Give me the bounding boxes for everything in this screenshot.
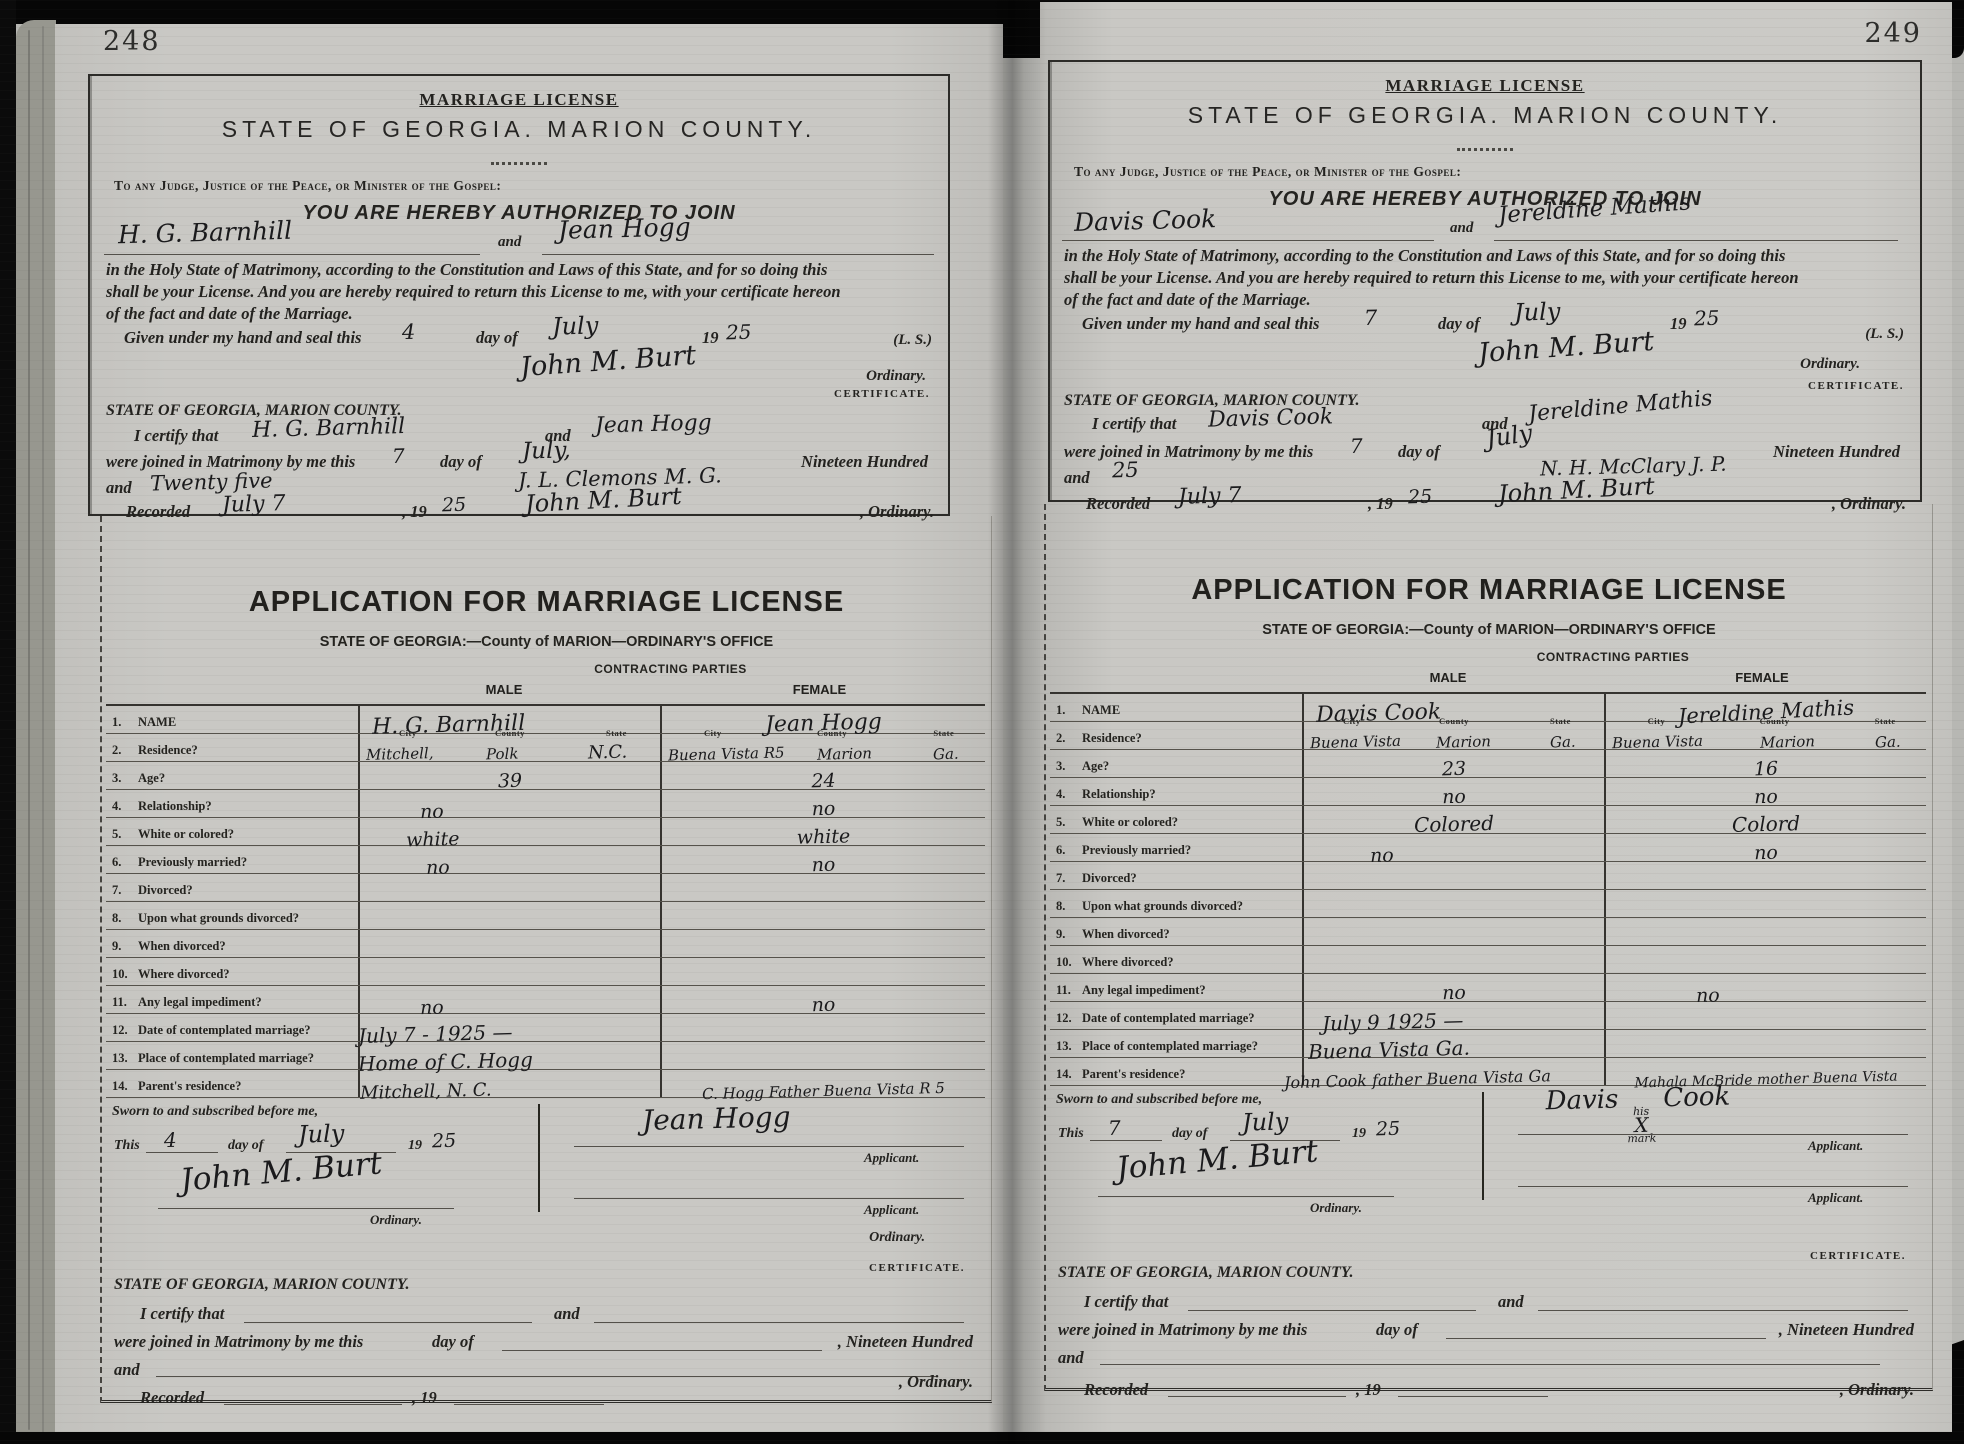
county-sublabel: County [1760,716,1790,726]
row-label-text: Age? [138,771,165,785]
certificate-state-line: STATE OF GEORGIA, MARION COUNTY. [114,1276,409,1294]
row-number: 6. [106,855,138,870]
row-label: 6.Previously married? [1050,834,1302,861]
table-row: 10.Where divorced? [106,958,985,986]
row-label-text: White or colored? [1082,815,1178,829]
male-cell: Home of C. Hogg [358,1042,660,1069]
and-label: and [1450,220,1473,237]
left-application-form: APPLICATION FOR MARRIAGE LICENSE STATE O… [100,516,992,1403]
given-month-handwriting: July [552,311,599,340]
and-word: and [1058,1348,1084,1368]
blank-line [1538,1310,1908,1311]
male-cell [1302,946,1604,973]
license-body-line: shall be your License. And you are hereb… [1064,268,1799,288]
city-sublabel: City [399,728,417,738]
table-row: 3.Age? 23 16 [1050,750,1926,778]
male-cell: July 9 1925 — [1302,1002,1604,1029]
male-parent-residence-handwriting: Mitchell, N. C. [360,1075,660,1104]
row-label: 14.Parent's residence? [1050,1058,1302,1085]
recorded-label: Recorded [1084,1380,1148,1400]
row-number: 11. [106,995,138,1010]
license-title: MARRIAGE LICENSE [1050,76,1920,96]
application-table: 1.NAME H. G. Barnhill Jean Hogg 2.Reside… [106,704,985,1098]
day-of-label: day of [432,1332,474,1352]
given-day-handwriting: 4 [402,320,416,344]
row-label-text: NAME [1082,703,1120,717]
row-label: 14.Parent's residence? [106,1070,358,1097]
female-cell [660,930,985,957]
blank-line [1446,1338,1766,1339]
certificate-caption: CERTIFICATE. [834,388,930,400]
table-row: 1.NAME Davis Cook Jereldine Mathis [1050,694,1926,722]
row-number: 3. [106,771,138,786]
ls-seal-label: (L. S.) [1865,326,1904,343]
scanned-book-spread: 248 MARRIAGE LICENSE STATE OF GEORGIA. M… [0,0,1964,1444]
table-row: 14.Parent's residence? John Cook father … [1050,1058,1926,1086]
rule-line [1098,1196,1394,1197]
female-cell: Colord [1604,806,1926,833]
ordinary-label: , Ordinary. [899,1372,973,1392]
row-label-text: Residence? [138,743,198,757]
table-row: 5.White or colored? Colored Colord [1050,806,1926,834]
male-cell [358,930,660,957]
city-sublabel: City [1343,716,1361,726]
groom-name-handwriting: H. G. Barnhill [118,216,293,250]
row-label-text: Age? [1082,759,1109,773]
row-label: 11.Any legal impediment? [1050,974,1302,1001]
given-line: Given under my hand and seal this [1082,314,1319,334]
row-number: 7. [1050,871,1082,886]
male-cell: no [1302,834,1604,861]
female-cell: white [660,818,985,845]
male-column-header: MALE [1298,670,1598,685]
female-cell: no [660,846,985,873]
given-line: Given under my hand and seal this [124,328,361,348]
row-label-text: Any legal impediment? [138,995,262,1009]
row-label: 12.Date of contemplated marriage? [1050,1002,1302,1029]
year-prefix: 19 [702,328,719,348]
license-body-line: shall be your License. And you are hereb… [106,282,841,302]
female-county-handwriting: Marion [817,744,872,763]
row-number: 1. [1050,703,1082,718]
year-prefix: 19 [1670,314,1687,334]
table-row: 5.White or colored? white white [106,818,985,846]
nineteen-hundred-label: , Nineteen Hundred [1779,1320,1914,1340]
county-sublabel: County [1439,716,1469,726]
day-of-label: day of [1172,1126,1207,1142]
male-cell: City County State Mitchell, Polk N.C. [358,734,660,761]
female-cell: City County State Buena Vista Marion Ga. [1604,722,1926,749]
rule-line [158,1208,454,1209]
row-number: 10. [106,967,138,982]
table-row: 11.Any legal impediment? no no [1050,974,1926,1002]
application-table: 1.NAME Davis Cook Jereldine Mathis 2.Res… [1050,692,1926,1086]
row-number: 6. [1050,843,1082,858]
right-license-form: MARRIAGE LICENSE STATE OF GEORGIA. MARIO… [1048,60,1922,502]
scan-black-bottom-band [0,1432,1964,1444]
cert-year-handwriting: 25 [1112,458,1139,483]
table-row: 14.Parent's residence? Mitchell, N. C. C… [106,1070,985,1098]
row-label: 1.NAME [1050,694,1302,721]
blank-line [224,1404,402,1405]
male-cell [358,902,660,929]
ordinary-label: Ordinary. [869,1230,925,1246]
left-license-form: MARRIAGE LICENSE STATE OF GEORGIA. MARIO… [88,74,950,516]
row-label-text: NAME [138,715,176,729]
state-sublabel: State [1550,716,1571,726]
book-spine-shadow [988,0,1046,1444]
book-edge-gray-strip [16,20,56,1444]
joined-line: were joined in Matrimony by me this [1064,442,1313,462]
contracting-parties-label: CONTRACTING PARTIES [1298,650,1928,664]
table-row: 10.Where divorced? [1050,946,1926,974]
female-cell [660,1042,985,1069]
male-cell: 23 [1302,750,1604,777]
row-number: 2. [106,743,138,758]
female-cell: City County State Buena Vista R5 Marion … [660,734,985,761]
male-cell [358,958,660,985]
and-word: and [114,1360,140,1380]
female-county-handwriting: Marion [1759,732,1814,751]
and-label: and [1498,1292,1524,1312]
male-cell: Buena Vista Ga. [1302,1030,1604,1057]
row-label: 13.Place of contemplated marriage? [106,1042,358,1069]
table-row: 8.Upon what grounds divorced? [1050,890,1926,918]
certificate-state-line: STATE OF GEORGIA, MARION COUNTY. [1058,1264,1353,1282]
cert-bride-handwriting: Jereldine Mathis [1527,386,1713,427]
day-of-label: day of [1398,442,1440,462]
row-label: 5.White or colored? [106,818,358,845]
male-state-handwriting: N.C. [588,741,628,763]
row-label-text: Relationship? [138,799,212,813]
row-number: 12. [106,1023,138,1038]
row-number: 13. [1050,1039,1082,1054]
section-divider [538,1104,540,1212]
and-word: and [106,478,132,498]
sworn-year-handwriting: 25 [1376,1118,1401,1141]
i-certify-label: I certify that [140,1304,224,1324]
row-number: 12. [1050,1011,1082,1026]
row-label-text: Parent's residence? [138,1079,241,1093]
rule-line [1090,1140,1162,1141]
applicant-label: Applicant. [864,1150,919,1166]
row-label-text: Date of contemplated marriage? [138,1023,311,1037]
blank-line [1398,1396,1548,1397]
license-body-line: in the Holy State of Matrimony, accordin… [1064,246,1785,266]
table-row: 6.Previously married? no no [106,846,985,874]
row-number: 14. [1050,1067,1082,1082]
i-certify-label: I certify that [1092,414,1176,434]
sworn-month-handwriting: July [298,1119,345,1148]
row-number: 4. [106,799,138,814]
row-label-text: Any legal impediment? [1082,983,1206,997]
female-cell [660,958,985,985]
state-sublabel: State [933,728,954,738]
applicant-signature-handwriting: Jean Hogg [642,1100,791,1137]
row-label: 10.Where divorced? [106,958,358,985]
page-number-left: 248 [103,26,161,57]
sworn-month-handwriting: July [1242,1107,1289,1136]
state-sublabel: State [606,728,627,738]
row-label-text: Previously married? [138,855,247,869]
rule-line [574,1146,964,1147]
male-cell [358,874,660,901]
blank-line [1188,1310,1476,1311]
state-sublabel: State [1875,716,1896,726]
certificate-caption: CERTIFICATE. [1810,1250,1906,1262]
groom-name-handwriting: Davis Cook [1074,204,1217,237]
row-number: 14. [106,1079,138,1094]
row-label-text: Date of contemplated marriage? [1082,1011,1255,1025]
male-cell: Mitchell, N. C. [358,1070,660,1097]
recorded-signature-handwriting: John M. Burt [1497,472,1655,508]
license-body-line: in the Holy State of Matrimony, accordin… [106,260,827,280]
sworn-year-handwriting: 25 [432,1130,457,1153]
day-of-label: day of [1438,314,1480,334]
year-prefix: , 19 [412,1388,437,1408]
book-edge-dark-strip [0,0,16,1444]
sworn-label: Sworn to and subscribed before me, [1056,1092,1262,1108]
female-state-handwriting: Ga. [1875,733,1901,752]
day-of-label: day of [440,452,482,472]
male-cell: 39 [358,762,660,789]
i-certify-label: I certify that [134,426,218,446]
rule-line [574,1198,964,1199]
female-cell [660,902,985,929]
year-prefix: , 19 [1356,1380,1381,1400]
certificate-caption: CERTIFICATE. [1808,380,1904,392]
blank-line [594,1322,964,1323]
rule-line [1494,240,1898,241]
row-label-text: Divorced? [138,883,193,897]
male-county-handwriting: Marion [1436,732,1491,751]
license-body-line: of the fact and date of the Marriage. [1064,290,1311,310]
female-cell [1604,862,1926,889]
blank-line [502,1350,822,1351]
blank-line [1100,1364,1880,1365]
section-divider [1482,1092,1484,1200]
female-cell [660,1014,985,1041]
female-column-header: FEMALE [654,682,985,697]
row-label-text: Residence? [1082,731,1142,745]
row-number: 10. [1050,955,1082,970]
male-cell [1302,890,1604,917]
row-label-text: Place of contemplated marriage? [1082,1039,1258,1053]
rule-line [542,254,934,255]
female-column-header: FEMALE [1598,670,1926,685]
male-cell: white [358,818,660,845]
applicant-last-name: Cook [1663,1082,1731,1114]
and-word: and [1064,468,1090,488]
row-number: 2. [1050,731,1082,746]
row-number: 9. [106,939,138,954]
row-label: 4.Relationship? [1050,778,1302,805]
male-state-handwriting: Ga. [1550,733,1576,752]
table-row: 3.Age? 39 24 [106,762,985,790]
ordinary-label: Ordinary. [370,1212,422,1228]
row-label: 6.Previously married? [106,846,358,873]
female-cell [1604,890,1926,917]
ordinary-signature-handwriting: John M. Burt [179,1145,384,1198]
row-label-text: Upon what grounds divorced? [138,911,299,925]
this-label: This [114,1138,140,1154]
day-of-label: day of [476,328,518,348]
license-title: MARRIAGE LICENSE [90,90,948,110]
ordinary-label: , Ordinary. [1840,1380,1914,1400]
nineteen-hundred-label: , Nineteen Hundred [838,1332,973,1352]
license-salutation: To any Judge, Justice of the Peace, or M… [114,178,501,194]
female-cell [1604,918,1926,945]
female-cell: no [1604,834,1926,861]
applicant-label: Applicant. [1808,1138,1863,1154]
male-cell: no [1302,778,1604,805]
table-row: 1.NAME H. G. Barnhill Jean Hogg [106,706,985,734]
given-year-handwriting: 25 [726,320,752,345]
male-cell: July 7 - 1925 — [358,1014,660,1041]
table-row: 2.Residence? City County State Buena Vis… [1050,722,1926,750]
nineteen-hundred-label: Nineteen Hundred [801,452,928,472]
male-cell: no [358,986,660,1013]
row-label: 2.Residence? [1050,722,1302,749]
row-number: 3. [1050,759,1082,774]
table-row: 4.Relationship? no no [106,790,985,818]
this-label: This [1058,1126,1084,1142]
male-cell [1302,862,1604,889]
cert-day-handwriting: 7 [1350,434,1363,458]
row-label: 7.Divorced? [1050,862,1302,889]
right-application-form: APPLICATION FOR MARRIAGE LICENSE STATE O… [1044,504,1933,1391]
sworn-day-handwriting: 4 [164,1128,177,1152]
row-number: 5. [106,827,138,842]
day-of-label: day of [228,1138,263,1154]
ordinary-label: Ordinary. [1310,1200,1362,1216]
male-column-header: MALE [354,682,654,697]
male-city-handwriting: Mitchell, [366,744,434,764]
rule-line [1518,1186,1908,1187]
row-number: 4. [1050,787,1082,802]
table-row: 12.Date of contemplated marriage? July 9… [1050,1002,1926,1030]
license-body-line: of the fact and date of the Marriage. [106,304,353,324]
cert-day-handwriting: 7 [392,444,405,468]
table-row: 4.Relationship? no no [1050,778,1926,806]
table-row: 12.Date of contemplated marriage? July 7… [106,1014,985,1042]
row-label: 8.Upon what grounds divorced? [106,902,358,929]
row-label: 11.Any legal impediment? [106,986,358,1013]
female-cell: 24 [660,762,985,789]
blank-line [454,1404,604,1405]
city-sublabel: City [1648,716,1666,726]
male-county-handwriting: Polk [486,745,519,764]
row-label: 10.Where divorced? [1050,946,1302,973]
row-label-text: Where divorced? [138,967,230,981]
ordinary-signature-handwriting: John M. Burt [519,340,697,383]
cert-groom-handwriting: Davis Cook [1208,404,1334,432]
and-label: and [554,1304,580,1324]
table-row: 7.Divorced? [106,874,985,902]
application-title: APPLICATION FOR MARRIAGE LICENSE [102,586,991,619]
male-cell: City County State Buena Vista Marion Ga. [1302,722,1604,749]
given-month-handwriting: July [1514,297,1561,326]
female-cell [1604,1030,1926,1057]
flourish-divider [1457,148,1513,151]
male-cell: John Cook father Buena Vista Ga [1302,1058,1604,1085]
female-cell [1604,1002,1926,1029]
row-label-text: Divorced? [1082,871,1137,885]
left-page: 248 MARRIAGE LICENSE STATE OF GEORGIA. M… [55,24,1003,1432]
row-number: 8. [106,911,138,926]
county-sublabel: County [817,728,847,738]
row-number: 1. [106,715,138,730]
recorded-date-handwriting: July 7 [222,491,286,518]
female-cell [660,874,985,901]
table-row: 13.Place of contemplated marriage? Home … [106,1042,985,1070]
license-salutation: To any Judge, Justice of the Peace, or M… [1074,164,1461,180]
blank-line [244,1322,532,1323]
female-cell: no [1604,974,1926,1001]
row-number: 7. [106,883,138,898]
recorded-label: Recorded [140,1388,204,1408]
blank-line [1168,1396,1346,1397]
county-sublabel: County [495,728,525,738]
row-label: 4.Relationship? [106,790,358,817]
female-cell: no [660,986,985,1013]
female-state-handwriting: Ga. [933,745,959,764]
rule-line [1518,1134,1908,1135]
ordinary-label: Ordinary. [866,368,926,385]
day-of-label: day of [1376,1320,1418,1340]
sworn-label: Sworn to and subscribed before me, [112,1104,318,1120]
row-number: 13. [106,1051,138,1066]
table-row: 9.When divorced? [106,930,985,958]
male-cell: no [358,790,660,817]
applicant-label: Applicant. [1808,1190,1863,1206]
female-cell: 16 [1604,750,1926,777]
row-number: 5. [1050,815,1082,830]
license-state-county: STATE OF GEORGIA. MARION COUNTY. [90,116,948,143]
applicant-x-mark-signature: DavishisXmarkCook [1545,1082,1731,1146]
joined-line: were joined in Matrimony by me this [114,1332,363,1352]
bride-name-handwriting: Jean Hogg [558,212,691,244]
page-edge-line [28,30,30,1430]
license-state-county: STATE OF GEORGIA. MARION COUNTY. [1050,102,1920,129]
female-cell [1604,946,1926,973]
application-title: APPLICATION FOR MARRIAGE LICENSE [1046,574,1932,607]
applicant-first-name: Davis [1545,1085,1618,1117]
and-label: and [498,234,521,251]
female-cell: no [660,790,985,817]
female-cell: no [1604,778,1926,805]
row-label: 5.White or colored? [1050,806,1302,833]
row-label-text: Where divorced? [1082,955,1174,969]
row-label-text: Relationship? [1082,787,1156,801]
year-prefix: 19 [1352,1126,1366,1142]
cert-month-handwriting: July, [522,437,571,464]
sworn-day-handwriting: 7 [1108,1116,1121,1140]
ordinary-label: Ordinary. [1800,356,1860,373]
rule-line [1062,240,1434,241]
table-row: 7.Divorced? [1050,862,1926,890]
row-label: 9.When divorced? [1050,918,1302,945]
i-certify-label: I certify that [1084,1292,1168,1312]
cert-bride-handwriting: Jean Hogg [595,410,712,438]
year-prefix: 19 [408,1138,422,1154]
ordinary-signature-handwriting: John M. Burt [1477,326,1655,369]
row-label-text: Parent's residence? [1082,1067,1185,1081]
row-label: 3.Age? [106,762,358,789]
right-page: 249 MARRIAGE LICENSE STATE OF GEORGIA. M… [1040,2,1952,1432]
contracting-parties-label: CONTRACTING PARTIES [354,662,987,676]
table-row: 13.Place of contemplated marriage? Buena… [1050,1030,1926,1058]
